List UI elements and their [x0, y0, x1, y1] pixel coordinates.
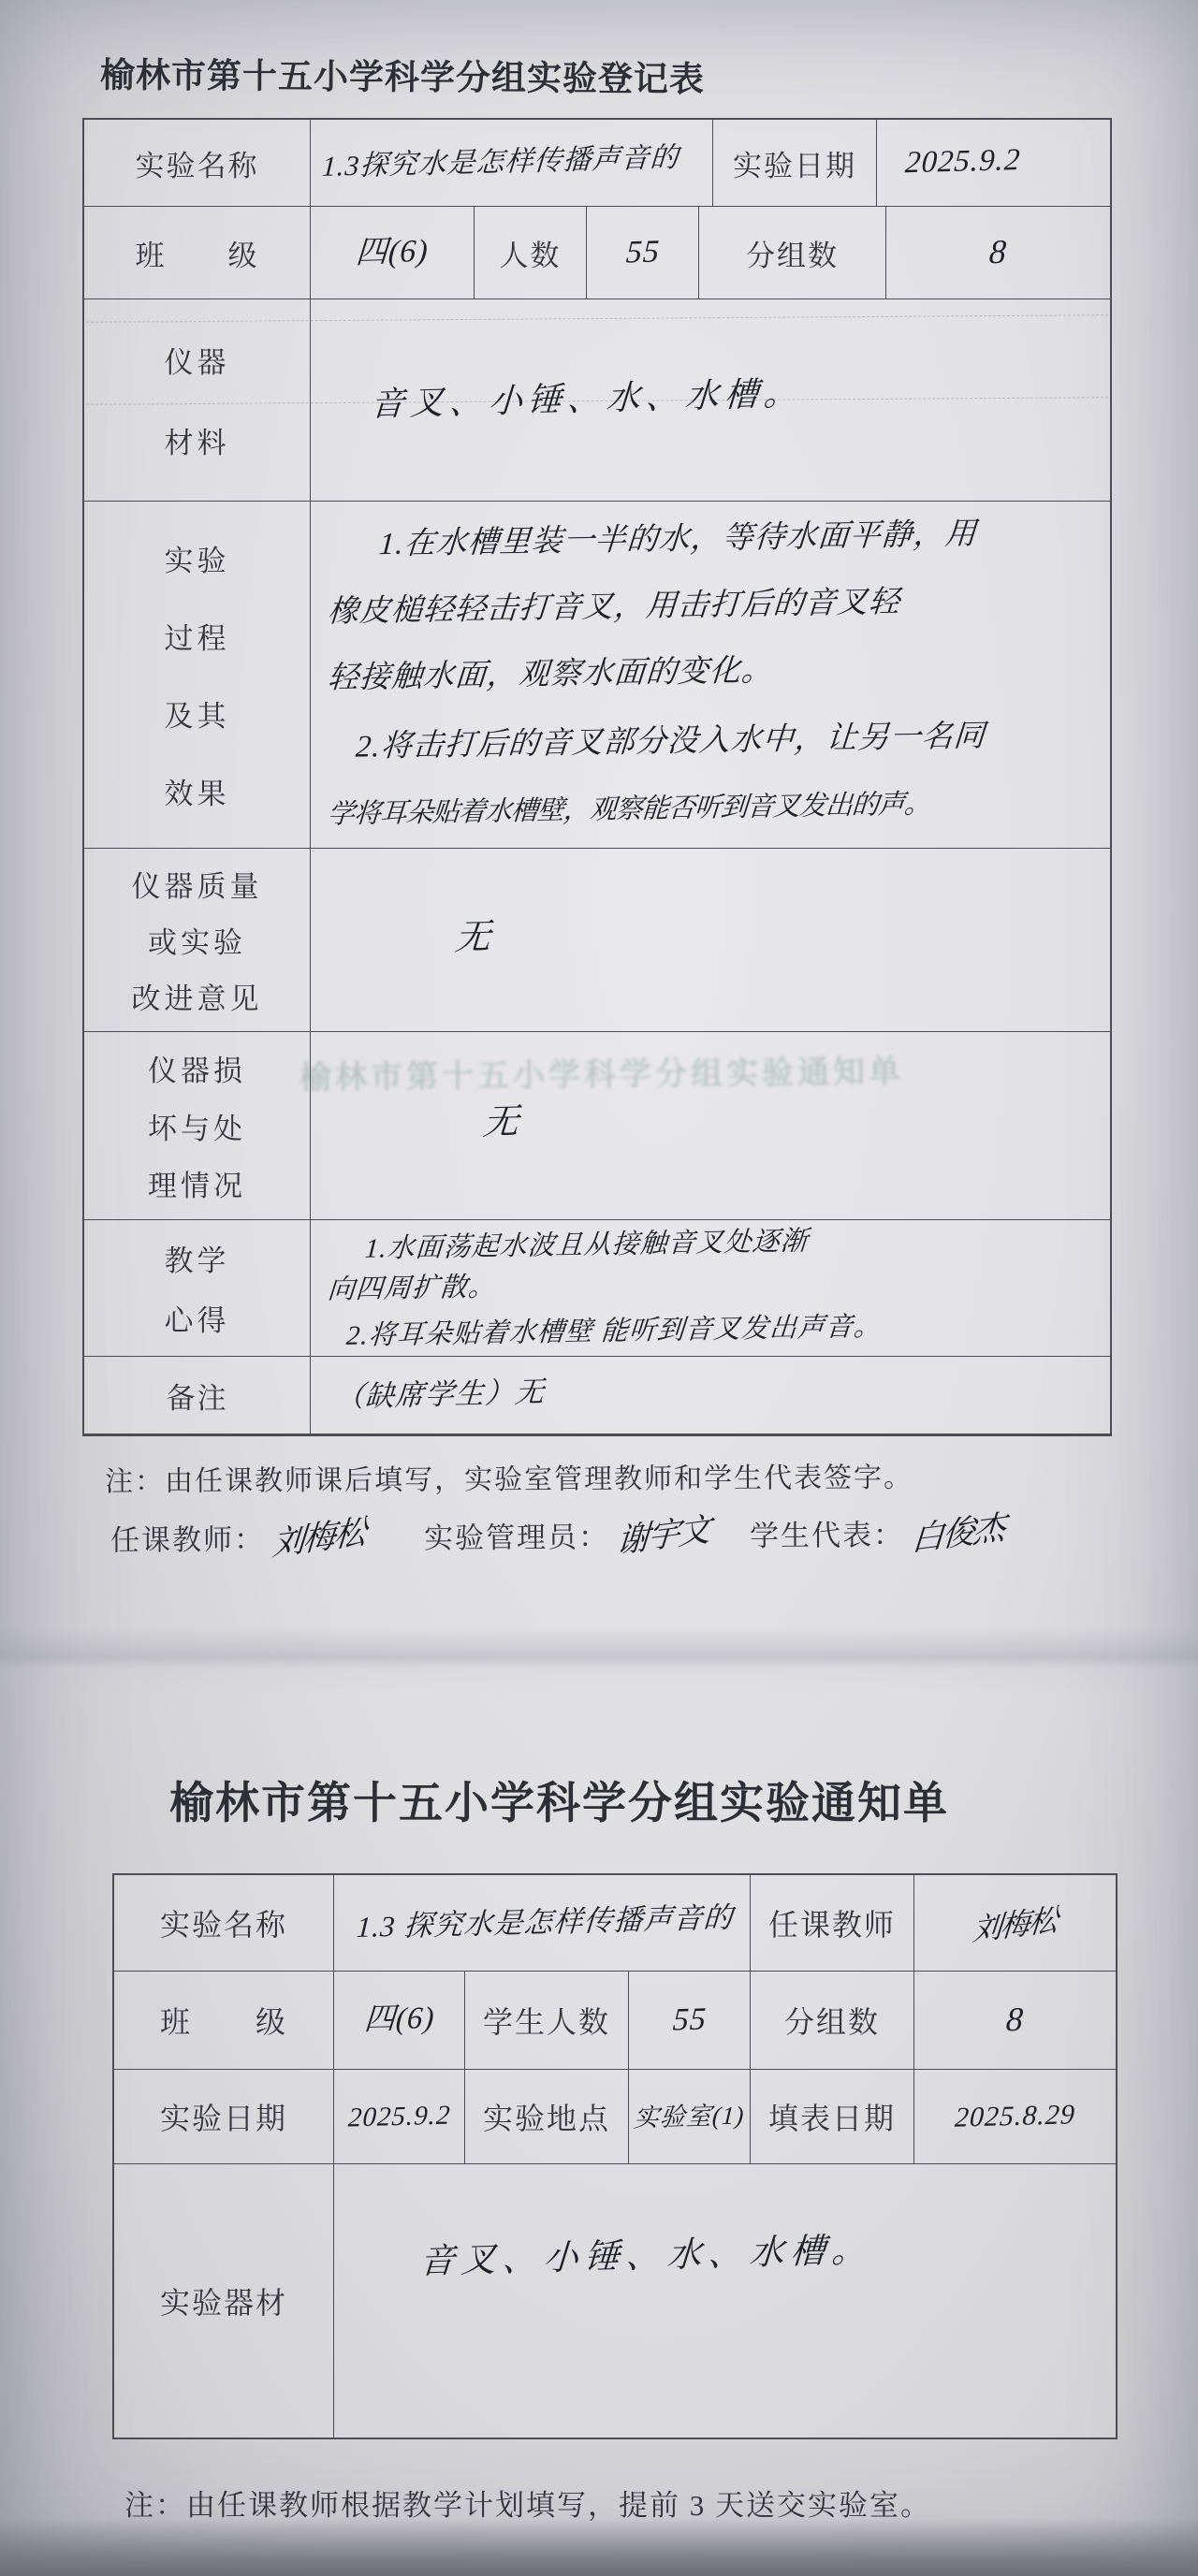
photo-edge-shadow	[0, 2518, 1198, 2576]
form2-location-label: 实验地点	[465, 2070, 629, 2163]
experiment-name-cell: 1.3探究水是怎样传播声音的	[311, 120, 713, 206]
form1-note: 注：由任课教师课后填写，实验室管理教师和学生代表签字。	[105, 1454, 913, 1500]
process-line4: 2.将击打后的音叉部分没入水中，让另一名同	[326, 703, 988, 781]
process-label-line2: 过程	[165, 615, 230, 657]
form2-equipment-value: 音叉、小锤、水、水槽。	[334, 2157, 878, 2286]
damage-value: 无	[314, 1101, 521, 1149]
process-label-line3: 及其	[165, 692, 230, 735]
form2-fill-date-value: 2025.8.29	[954, 2098, 1076, 2134]
form2-name-value: 1.3 探究水是怎样传播声音的	[337, 1900, 735, 1945]
form2-students-label: 学生人数	[465, 1972, 629, 2069]
teacher-signature-label: 任课教师：	[110, 1515, 265, 1558]
form2-location-cell: 实验室(1)	[629, 2070, 751, 2163]
quality-label-line1: 仪器质量	[132, 863, 263, 905]
form2-class-value: 四(6)	[363, 2001, 436, 2040]
class-value: 四(6)	[355, 233, 430, 273]
materials-label: 仪器 材料	[84, 299, 311, 501]
form2-date-cell: 2025.9.2	[334, 2070, 465, 2163]
form2-groups-label: 分组数	[751, 1972, 914, 2069]
form2-row-equipment: 实验器材 音叉、小锤、水、水槽。	[114, 2164, 1116, 2438]
process-label-line1: 实验	[165, 537, 230, 579]
form1-row-class: 班 级 四(6) 人数 55 分组数 8	[84, 207, 1110, 299]
quality-label-line2: 或实验	[148, 919, 246, 961]
experiment-name-value: 1.3探究水是怎样传播声音的	[314, 141, 680, 184]
reflection-label-line2: 心得	[165, 1297, 230, 1339]
damage-label: 仪器损 坏与处 理情况	[84, 1032, 311, 1219]
form1-row-experiment-name: 实验名称 1.3探究水是怎样传播声音的 实验日期 2025.9.2	[84, 120, 1110, 207]
count-value: 55	[624, 233, 660, 272]
class-value-cell: 四(6)	[311, 207, 475, 298]
remark-value-cell: （缺席学生）无	[311, 1357, 1110, 1434]
form1-signature-row: 任课教师： 刘梅松 实验管理员： 谢宇文 学生代表： 白俊杰	[110, 1506, 1121, 1561]
form2-date-label: 实验日期	[114, 2070, 334, 2163]
process-line1: 1.在水槽里装一半的水，等待水面平静，用	[326, 501, 980, 579]
form2-groups-cell: 8	[914, 1972, 1116, 2069]
reflection-line3: 2.将耳朵贴着水槽壁 能听到音叉发出声音。	[326, 1304, 883, 1357]
form1-row-quality: 仪器质量 或实验 改进意见 无	[84, 849, 1110, 1032]
class-label: 班 级	[84, 207, 311, 298]
experiment-date-label: 实验日期	[713, 120, 877, 206]
form2-row-date: 实验日期 2025.9.2 实验地点 实验室(1) 填表日期 2025.8.29	[114, 2070, 1116, 2164]
form2-table: 实验名称 1.3 探究水是怎样传播声音的 任课教师 刘梅松 班 级 四(6) 学…	[112, 1873, 1118, 2439]
paper-crease-shadow	[0, 1626, 1198, 1696]
form2-title: 榆林市第十五小学科学分组实验通知单	[126, 1768, 992, 1831]
materials-label-line2: 材料	[165, 419, 230, 461]
form2-students-cell: 55	[629, 1972, 751, 2069]
quality-value: 无	[314, 916, 493, 964]
form1-row-remark: 备注 （缺席学生）无	[84, 1357, 1110, 1434]
reflection-value-cell: 1.水面荡起水波且从接触音叉处逐渐 向四周扩散。 2.将耳朵贴着水槽壁 能听到音…	[311, 1220, 1110, 1356]
quality-label-line3: 改进意见	[132, 975, 263, 1017]
form2-location-value: 实验室(1)	[633, 2100, 745, 2133]
form2-class-label: 班 级	[114, 1972, 334, 2069]
form2-fill-date-cell: 2025.8.29	[914, 2070, 1116, 2163]
form2-groups-value: 8	[1005, 2000, 1026, 2041]
form1-row-process: 实验 过程 及其 效果 1.在水槽里装一半的水，等待水面平静，用 橡皮槌轻轻击打…	[84, 502, 1110, 849]
manager-signature-label: 实验管理员：	[424, 1513, 609, 1556]
student-signature-label: 学生代表：	[750, 1510, 904, 1553]
form1-title: 榆林市第十五小学科学分组实验登记表	[94, 47, 711, 102]
form2-equipment-cell: 音叉、小锤、水、水槽。	[334, 2164, 1116, 2438]
process-line2: 橡皮槌轻轻击打音叉，用击打后的音叉轻	[326, 569, 903, 647]
quality-label: 仪器质量 或实验 改进意见	[84, 849, 311, 1031]
groups-label: 分组数	[699, 207, 886, 298]
damage-label-line1: 仪器损	[148, 1047, 246, 1089]
form2-row-class: 班 级 四(6) 学生人数 55 分组数 8	[114, 1972, 1116, 2070]
process-value-cell: 1.在水槽里装一半的水，等待水面平静，用 橡皮槌轻轻击打音叉，用击打后的音叉轻 …	[311, 502, 1110, 848]
form2-fill-date-label: 填表日期	[751, 2070, 914, 2163]
experiment-name-label: 实验名称	[84, 120, 311, 206]
form2-teacher-label: 任课教师	[751, 1875, 914, 1971]
form2-teacher-cell: 刘梅松	[914, 1875, 1116, 1971]
form2-students-value: 55	[671, 2001, 707, 2040]
reflection-line2: 向四周扩散。	[326, 1265, 497, 1311]
experiment-date-value: 2025.9.2	[880, 142, 1022, 183]
process-label: 实验 过程 及其 效果	[84, 502, 311, 848]
damage-label-line2: 坏与处	[148, 1105, 246, 1147]
bleed-through-ghost-text: 榆林市第十五小学科学分组实验通知单	[299, 1044, 1067, 1099]
form2-date-value: 2025.9.2	[347, 2099, 452, 2134]
quality-value-cell: 无	[311, 849, 1110, 1031]
form1-row-reflection: 教学 心得 1.水面荡起水波且从接触音叉处逐渐 向四周扩散。 2.将耳朵贴着水槽…	[84, 1220, 1110, 1357]
count-value-cell: 55	[587, 207, 699, 298]
reflection-label: 教学 心得	[84, 1220, 311, 1356]
form2-equipment-label: 实验器材	[114, 2164, 334, 2438]
materials-label-line1: 仪器	[165, 339, 230, 381]
process-line5: 学将耳朵贴着水槽壁，观察能否听到音叉发出的声。	[326, 770, 933, 848]
form2-name-cell: 1.3 探究水是怎样传播声音的	[334, 1875, 751, 1971]
paper-photo-background: 榆林市第十五小学科学分组实验登记表 实验名称 1.3探究水是怎样传播声音的 实验…	[0, 0, 1198, 2576]
student-signature: 白俊杰	[910, 1502, 1005, 1562]
experiment-date-cell: 2025.9.2	[877, 120, 1110, 206]
groups-value-cell: 8	[886, 207, 1110, 298]
damage-label-line3: 理情况	[148, 1162, 246, 1204]
remark-label: 备注	[84, 1357, 311, 1434]
groups-value: 8	[988, 232, 1009, 273]
form2-teacher-signature: 刘梅松	[972, 1896, 1059, 1950]
form2-row-experiment-name: 实验名称 1.3 探究水是怎样传播声音的 任课教师 刘梅松	[114, 1875, 1116, 1972]
process-line3: 轻接触水面，观察水面的变化。	[326, 637, 776, 712]
reflection-label-line1: 教学	[165, 1237, 230, 1279]
remark-value: （缺席学生）无	[314, 1375, 546, 1416]
form2-name-label: 实验名称	[114, 1875, 334, 1971]
manager-signature: 谢宇文	[615, 1504, 710, 1564]
process-label-line4: 效果	[165, 770, 230, 812]
count-label: 人数	[475, 207, 587, 298]
reflection-line1: 1.水面荡起水波且从接触音叉处逐渐	[326, 1219, 810, 1271]
teacher-signature: 刘梅松	[270, 1506, 366, 1565]
form2-class-cell: 四(6)	[334, 1972, 465, 2069]
form1-table: 实验名称 1.3探究水是怎样传播声音的 实验日期 2025.9.2 班 级 四(…	[82, 118, 1112, 1436]
